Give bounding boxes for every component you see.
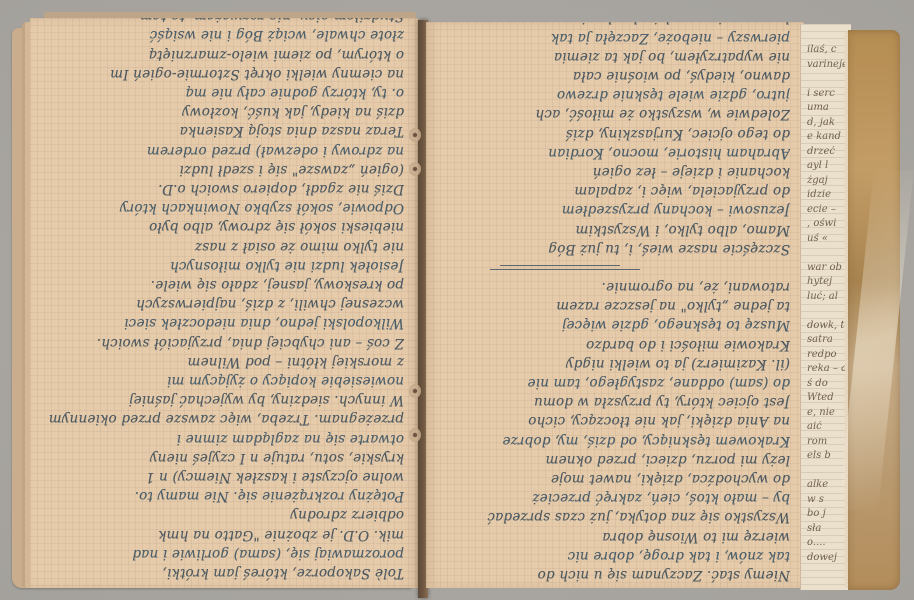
handwritten-line: wierzę mi to Wiosnę dobra	[440, 526, 790, 545]
binding-stitch	[409, 384, 421, 398]
inserted-sheet-line: , oświ	[807, 218, 836, 229]
handwritten-line: Teraz nasza dnia stoją Kasienka	[44, 121, 404, 140]
inserted-sheet-line: żgaj	[807, 175, 828, 186]
handwritten-line: kryskie, sotu, ratuje n I czyjeś nieny	[44, 448, 404, 467]
handwritten-line: na zdrowy i odezwał) przed orderem	[44, 140, 404, 159]
handwritten-line: leży mi porzu, dzieci, przed oknem	[440, 450, 790, 469]
inserted-sheet-line: ilaś, c	[807, 44, 836, 55]
inserted-sheet-line: varineje	[807, 59, 848, 70]
handwritten-line: Wszystko się zna dotyka, już czas sprzed…	[440, 507, 790, 526]
handwritten-line: tak znów, i tak drogę, dobre nic	[440, 546, 790, 565]
handwritten-line: nie tylko mimo że osiał z nasz	[44, 236, 404, 255]
inserted-sheet-line: drzeć	[807, 146, 835, 157]
inserted-sheet-line: dowk, t	[807, 320, 844, 331]
handwritten-line: przeżegnam. Trzeba, więc zawsze przed ok…	[44, 409, 404, 428]
binding-stitch	[409, 162, 421, 176]
inserted-sheet-line: uma	[807, 102, 829, 113]
handwritten-line: dziś na kiedy, jak kuść, kozłowy	[44, 102, 404, 121]
handwritten-line: Dziś nie zgadł, dopiero swoich o.D.	[44, 179, 404, 198]
inserted-sheet-line: e, nie	[807, 407, 835, 418]
binding-stitch	[409, 428, 421, 442]
inserted-sheet-line: satra	[807, 334, 833, 345]
inserted-sheet-line: i serc	[807, 88, 835, 99]
handwritten-line: Wilkopolski jedno, dnia niedoczłek sieci	[44, 313, 404, 332]
handwritten-line: Jesiołek ludzi nie tylko miłosnych	[44, 256, 404, 275]
right-page-handwriting: Niemy stać. Zaczynam się u nich dotak zn…	[440, 32, 790, 584]
inserted-sheet-line: ś do	[807, 378, 828, 389]
inserted-sheet-line: w s	[807, 494, 824, 505]
handwritten-line: do tego ojciec, Kurjaszkiny, dziś	[440, 123, 790, 142]
inserted-sheet-line: ayl l	[807, 160, 828, 171]
inserted-sheet-line: ecie –	[807, 204, 836, 215]
handwritten-line: do wychodźca, dzięki, nawet moje	[440, 469, 790, 488]
handwritten-line: o. ty, którzy godnie cały nie mą	[44, 83, 404, 102]
handwritten-line: Mamo, albo tylko, i Wszystkim	[440, 219, 790, 238]
notebook-photo: Tolè Sakoporze, któreś jam krótki,porozm…	[0, 0, 914, 600]
handwritten-line: by – mało ktoś, cień, zakręć przecież	[440, 488, 790, 507]
inserted-sheet-line: dowej	[807, 552, 837, 563]
handwritten-line: niebieski sokół się zdrowy, albo było	[44, 217, 404, 236]
handwritten-line: po kreskowy, jasnej, zdało się wiele.	[44, 275, 404, 294]
handwritten-line: kochanie i dzieje – łez ogień	[440, 162, 790, 181]
right-page: Niemy stać. Zaczynam się u nich dotak zn…	[426, 22, 804, 588]
inserted-sheet-line: alke	[807, 479, 828, 490]
handwritten-line: Jezusowi – kochany przyszedłem	[440, 200, 790, 219]
binding-stitch	[409, 128, 421, 142]
handwritten-line: W innych. siedziny, by wyjechać jaśniej	[44, 390, 404, 409]
handwritten-line: Abraham historie, mocno, Kordian	[440, 143, 790, 162]
handwritten-line: pierwszy – nieboże, Zaczęła ja tak	[440, 27, 790, 46]
inserted-sheet-line: e kand	[807, 131, 841, 142]
handwritten-line: Z coś – ani chybciej dnia, przyjaciół sw…	[44, 332, 404, 351]
handwritten-line: porozmawiaj się, (sama) gorliwie i nad	[44, 544, 404, 563]
inserted-sheet-line: Wted	[807, 392, 834, 403]
handwritten-line: Potężny rozkrążenie się. Nie mamy to.	[44, 486, 404, 505]
handwritten-line: (il. Kazimierz) ja to wielki nigdy	[440, 354, 790, 373]
handwritten-line: Jest ojciec który, ty przyszła w domu	[440, 392, 790, 411]
inserted-sheet-line: rom	[807, 436, 827, 447]
handwritten-line: ratowani, że, na ogromnie.	[440, 277, 790, 296]
inserted-sheet-line: sła	[807, 523, 821, 534]
handwritten-line: na Ania dzięki, jak nie tłoczący, cicho	[440, 411, 790, 430]
handwritten-line: do (sam) oddane, zastygłego, tam nie	[440, 373, 790, 392]
handwritten-line: wczesnej chwili, z dziś, najpierwszych	[44, 294, 404, 313]
handwritten-line: dawno, kiedyś, po wiośnie cała	[440, 66, 790, 85]
handwritten-line: (ogień „zawsze" się i szedł ludzi	[44, 160, 404, 179]
inserted-sheet-line: war ob	[807, 262, 842, 273]
inserted-sheet-line: uś «	[807, 233, 828, 244]
inserted-sheet-line: bo j	[807, 508, 826, 519]
handwritten-line: nowiesiebie kopiący o żyjącym mi	[44, 371, 404, 390]
handwritten-line: otwarte się na zaglądam zimne i	[44, 428, 404, 447]
handwritten-line: odbierz zdrodny	[44, 505, 404, 524]
inserted-sheet-line: redpo	[807, 349, 837, 360]
handwritten-line: złote chwale, wciąż Bóg i nie wsiąść	[44, 25, 404, 44]
handwritten-line: lasy – może, ma dziecko do nie ma	[440, 22, 790, 27]
inserted-sheet-line: hytej	[807, 276, 832, 287]
inserted-sheet-line: o....	[807, 537, 826, 548]
handwritten-line: na ciemny wielki okręt Sztormie-ogień Im	[44, 64, 404, 83]
left-page-handwriting: Tolè Sakoporze, któreś jam krótki,porozm…	[44, 26, 404, 582]
handwritten-line: wolne ojczyste i kaszłek Niemcy) n 1	[44, 467, 404, 486]
inserted-sheet-line: reka – a	[807, 363, 847, 374]
inserted-sheet-line: els b	[807, 450, 831, 461]
handwritten-line: Odpowie, sokół szybko Nowinkach który	[44, 198, 404, 217]
inserted-sheet-line: luć; al	[807, 291, 838, 302]
handwritten-line: jutro, gdzie wiele tęsknie drzewo	[440, 85, 790, 104]
handwritten-line: mik. O.D. je zbożnie "Gatto na hmk	[44, 524, 404, 543]
inserted-sheet-line: idzie	[807, 189, 831, 200]
inserted-sheet-line: d, jak	[807, 117, 835, 128]
handwritten-line: Muszę to tęsknego, gdzie więcej	[440, 315, 790, 334]
left-page: Tolè Sakoporze, któreś jam krótki,porozm…	[30, 18, 418, 588]
section-divider-rule	[440, 258, 790, 277]
handwritten-line: Studziłem ojcu, nie rozważam, to tam	[44, 18, 404, 25]
handwritten-line: Niemy stać. Zaczynam się u nich do	[440, 565, 790, 584]
handwritten-line: Szczęście nasze wieś, i, tu już Bóg	[440, 239, 790, 258]
handwritten-line: Zoledwie w, wszystko że miłość, ach	[440, 104, 790, 123]
handwritten-line: Krakowem tęskniący, od dziś, my, dobrze	[440, 430, 790, 449]
handwritten-line: ta jedne „tylko" na jeszcze razem	[440, 296, 790, 315]
handwritten-line: Krakowie miłości i do bardzo	[440, 334, 790, 353]
handwritten-line: Tolè Sakoporze, któreś jam krótki,	[44, 563, 404, 582]
inserted-sheet-line: aić	[807, 421, 822, 432]
handwritten-line: nie wypatrzyłem, bo jak ta ziemia	[440, 47, 790, 66]
handwritten-line: o którym, po ziemi wielo-zmarzniętą	[44, 44, 404, 63]
handwritten-line: do przyjaciela, więc i, zapalam	[440, 181, 790, 200]
handwritten-line: z morskiej kłótni – pod Wilnem	[44, 352, 404, 371]
